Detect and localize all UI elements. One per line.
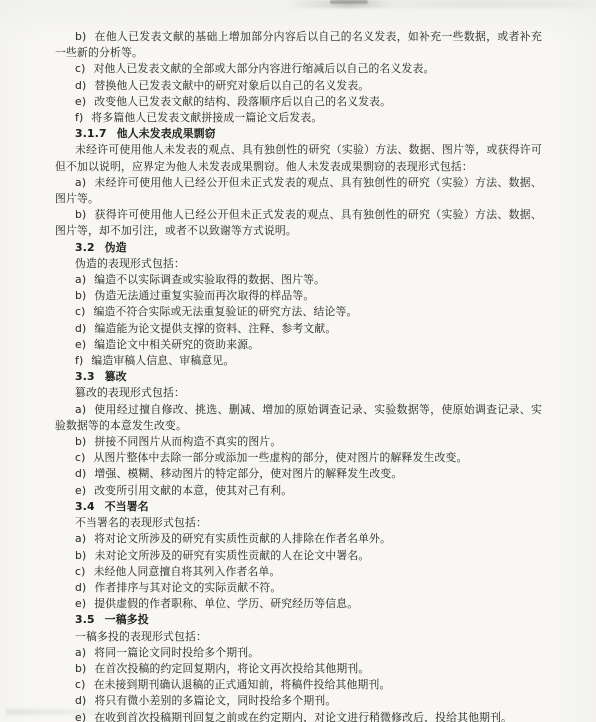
list-item-text: 改变他人已发表文献的结构、段落顺序后以自己的名义发表。	[94, 95, 391, 108]
section-number: 3.1.7	[75, 127, 107, 140]
list-item: e)改变所引用文献的本意，使其对己有利。	[55, 483, 542, 499]
list-item-label: b)	[75, 289, 86, 302]
section-title: 一稿多投	[105, 613, 149, 626]
list-item-text: 在收到首次投稿期刊回复之前或在约定期内，对论文进行稍微修改后，投给其他期刊。	[94, 711, 512, 722]
list-item-label: d)	[75, 581, 86, 594]
list-item-text: 将对论文所涉及的研究有实质性贡献的人排除在作者名单外。	[94, 532, 391, 545]
paragraph-text: 一稿多投的表现形式包括：	[75, 630, 207, 643]
section-title: 伪造	[105, 241, 127, 254]
list-item-text: 在他人已发表文献的基础上增加部分内容后以自己的名义发表，如补充一些数据，或者补充…	[55, 30, 542, 59]
list-item-label: e)	[75, 95, 86, 108]
list-item-label: b)	[75, 549, 86, 562]
list-item: b)在他人已发表文献的基础上增加部分内容后以自己的名义发表，如补充一些数据，或者…	[55, 29, 542, 61]
list-item: b)未对论文所涉及的研究有实质性贡献的人在论文中署名。	[55, 548, 542, 564]
list-item-text: 将多篇他人已发表文献拼接成一篇论文后发表。	[91, 111, 322, 124]
list-item: d)替换他人已发表文献中的研究对象后以自己的名义发表。	[55, 78, 542, 94]
list-item: c)未经他人同意擅自将其列入作者名单。	[55, 564, 542, 580]
list-item-label: e)	[75, 711, 86, 722]
list-item: c)在未接到期刊确认退稿的正式通知前，将稿件投给其他期刊。	[55, 677, 542, 693]
list-item-label: a)	[75, 273, 86, 286]
paragraph: 篡改的表现形式包括：	[55, 385, 542, 401]
list-item: a)使用经过擅自修改、挑选、删减、增加的原始调查记录、实验数据等，使原始调查记录…	[55, 402, 542, 434]
paragraph: 不当署名的表现形式包括：	[55, 515, 542, 531]
list-item-text: 替换他人已发表文献中的研究对象后以自己的名义发表。	[94, 79, 369, 92]
list-item-label: c)	[75, 678, 86, 691]
list-item-label: e)	[75, 338, 86, 351]
list-item: f)将多篇他人已发表文献拼接成一篇论文后发表。	[55, 110, 542, 126]
paragraph-text: 未经许可使用他人未发表的观点、具有独创性的研究（实验）方法、数据、图片等，或获得…	[55, 143, 542, 172]
list-item: a)将对论文所涉及的研究有实质性贡献的人排除在作者名单外。	[55, 531, 542, 547]
section-heading: 3.3篡改	[55, 369, 542, 385]
list-item: e)改变他人已发表文献的结构、段落顺序后以自己的名义发表。	[55, 94, 542, 110]
scanned-document-page: { "page": { "background": "#f8f7f4", "te…	[0, 0, 596, 722]
list-item-text: 获得许可使用他人已经公开但未正式发表的观点、具有独创性的研究（实验）方法、数据、…	[55, 208, 542, 237]
list-item: e)编造论文中相关研究的资助来源。	[55, 337, 542, 353]
list-item: d)编造能为论文提供支撑的资料、注释、参考文献。	[55, 321, 542, 337]
list-item-label: a)	[75, 532, 86, 545]
paragraph-text: 篡改的表现形式包括：	[75, 386, 185, 399]
list-item: e)提供虚假的作者职称、单位、学历、研究经历等信息。	[55, 596, 542, 612]
list-item-label: f)	[75, 354, 83, 367]
section-number: 3.4	[75, 500, 95, 513]
list-item-text: 从图片整体中去除一部分或添加一些虚构的部分，使对图片的解释发生改变。	[94, 451, 468, 464]
list-item-text: 拼接不同图片从而构造不真实的图片。	[94, 435, 281, 448]
paragraph-text: 不当署名的表现形式包括：	[75, 516, 207, 529]
list-item-text: 编造能为论文提供支撑的资料、注释、参考文献。	[94, 322, 336, 335]
list-item-text: 在首次投稿的约定回复期内，将论文再次投给其他期刊。	[94, 662, 369, 675]
scan-artifact-top-dark	[330, 0, 368, 4]
section-number: 3.3	[75, 370, 95, 383]
list-item: d)将只有微小差别的多篇论文，同时投给多个期刊。	[55, 693, 542, 709]
paragraph: 一稿多投的表现形式包括：	[55, 629, 542, 645]
section-title: 不当署名	[105, 500, 149, 513]
list-item-text: 未对论文所涉及的研究有实质性贡献的人在论文中署名。	[94, 549, 369, 562]
list-item-label: d)	[75, 467, 86, 480]
section-number: 3.2	[75, 241, 95, 254]
paragraph-text: 伪造的表现形式包括：	[75, 257, 185, 270]
list-item-text: 伪造无法通过重复实验而再次取得的样品等。	[94, 289, 314, 302]
list-item-label: e)	[75, 484, 86, 497]
list-item: b)拼接不同图片从而构造不真实的图片。	[55, 434, 542, 450]
list-item: a)未经许可使用他人已经公开但未正式发表的观点、具有独创性的研究（实验）方法、数…	[55, 175, 542, 207]
list-item-text: 对他人已发表文献的全部或大部分内容进行缩减后以自己的名义发表。	[94, 62, 435, 75]
list-item-label: e)	[75, 597, 86, 610]
list-item-text: 在未接到期刊确认退稿的正式通知前，将稿件投给其他期刊。	[94, 678, 391, 691]
list-item: c)编造不符合实际或无法重复验证的研究方法、结论等。	[55, 304, 542, 320]
list-item-label: d)	[75, 322, 86, 335]
list-item-label: b)	[75, 30, 86, 43]
list-item-text: 编造审稿人信息、审稿意见。	[91, 354, 234, 367]
section-heading: 3.4不当署名	[55, 499, 542, 515]
list-item-label: b)	[75, 208, 86, 221]
list-item: d)增强、模糊、移动图片的特定部分，使对图片的解释发生改变。	[55, 466, 542, 482]
list-item-text: 作者排序与其对论文的实际贡献不符。	[94, 581, 281, 594]
paragraph: 未经许可使用他人未发表的观点、具有独创性的研究（实验）方法、数据、图片等，或获得…	[55, 142, 542, 174]
list-item-text: 增强、模糊、移动图片的特定部分，使对图片的解释发生改变。	[94, 467, 402, 480]
list-item-text: 编造论文中相关研究的资助来源。	[94, 338, 259, 351]
list-item-label: c)	[75, 62, 86, 75]
list-item: a)编造不以实际调查或实验取得的数据、图片等。	[55, 272, 542, 288]
list-item-text: 改变所引用文献的本意，使其对己有利。	[94, 484, 292, 497]
list-item-label: d)	[75, 79, 86, 92]
list-item: b)获得许可使用他人已经公开但未正式发表的观点、具有独创性的研究（实验）方法、数…	[55, 207, 542, 239]
list-item-label: a)	[75, 403, 86, 416]
list-item-label: d)	[75, 694, 86, 707]
list-item: e)在收到首次投稿期刊回复之前或在约定期内，对论文进行稍微修改后，投给其他期刊。	[55, 710, 542, 722]
list-item-label: a)	[75, 646, 86, 659]
list-item-text: 使用经过擅自修改、挑选、删减、增加的原始调查记录、实验数据等，使原始调查记录、实…	[55, 403, 542, 432]
list-item-label: c)	[75, 565, 86, 578]
list-item-label: f)	[75, 111, 83, 124]
paragraph: 伪造的表现形式包括：	[55, 256, 542, 272]
list-item: d)作者排序与其对论文的实际贡献不符。	[55, 580, 542, 596]
list-item-text: 未经许可使用他人已经公开但未正式发表的观点、具有独创性的研究（实验）方法、数据、…	[55, 176, 542, 205]
list-item: a)将同一篇论文同时投给多个期刊。	[55, 645, 542, 661]
list-item: c)对他人已发表文献的全部或大部分内容进行缩减后以自己的名义发表。	[55, 61, 542, 77]
list-item-text: 未经他人同意擅自将其列入作者名单。	[94, 565, 281, 578]
list-item-label: b)	[75, 435, 86, 448]
list-item-text: 提供虚假的作者职称、单位、学历、研究经历等信息。	[94, 597, 358, 610]
list-item: f)编造审稿人信息、审稿意见。	[55, 353, 542, 369]
list-item-text: 编造不符合实际或无法重复验证的研究方法、结论等。	[94, 305, 358, 318]
list-item-label: a)	[75, 176, 86, 189]
list-item-label: c)	[75, 305, 86, 318]
section-heading: 3.2伪造	[55, 240, 542, 256]
list-item-label: b)	[75, 662, 86, 675]
list-item: b)伪造无法通过重复实验而再次取得的样品等。	[55, 288, 542, 304]
section-heading: 3.1.7他人未发表成果剽窃	[55, 126, 542, 142]
section-title: 篡改	[105, 370, 127, 383]
list-item-label: c)	[75, 451, 86, 464]
list-item-text: 编造不以实际调查或实验取得的数据、图片等。	[94, 273, 325, 286]
section-heading: 3.5一稿多投	[55, 612, 542, 628]
section-title: 他人未发表成果剽窃	[117, 127, 216, 140]
list-item: b)在首次投稿的约定回复期内，将论文再次投给其他期刊。	[55, 661, 542, 677]
list-item: c)从图片整体中去除一部分或添加一些虚构的部分，使对图片的解释发生改变。	[55, 450, 542, 466]
list-item-text: 将只有微小差别的多篇论文，同时投给多个期刊。	[94, 694, 336, 707]
list-item-text: 将同一篇论文同时投给多个期刊。	[94, 646, 259, 659]
section-number: 3.5	[75, 613, 95, 626]
document-body: b)在他人已发表文献的基础上增加部分内容后以自己的名义发表，如补充一些数据，或者…	[55, 29, 542, 722]
